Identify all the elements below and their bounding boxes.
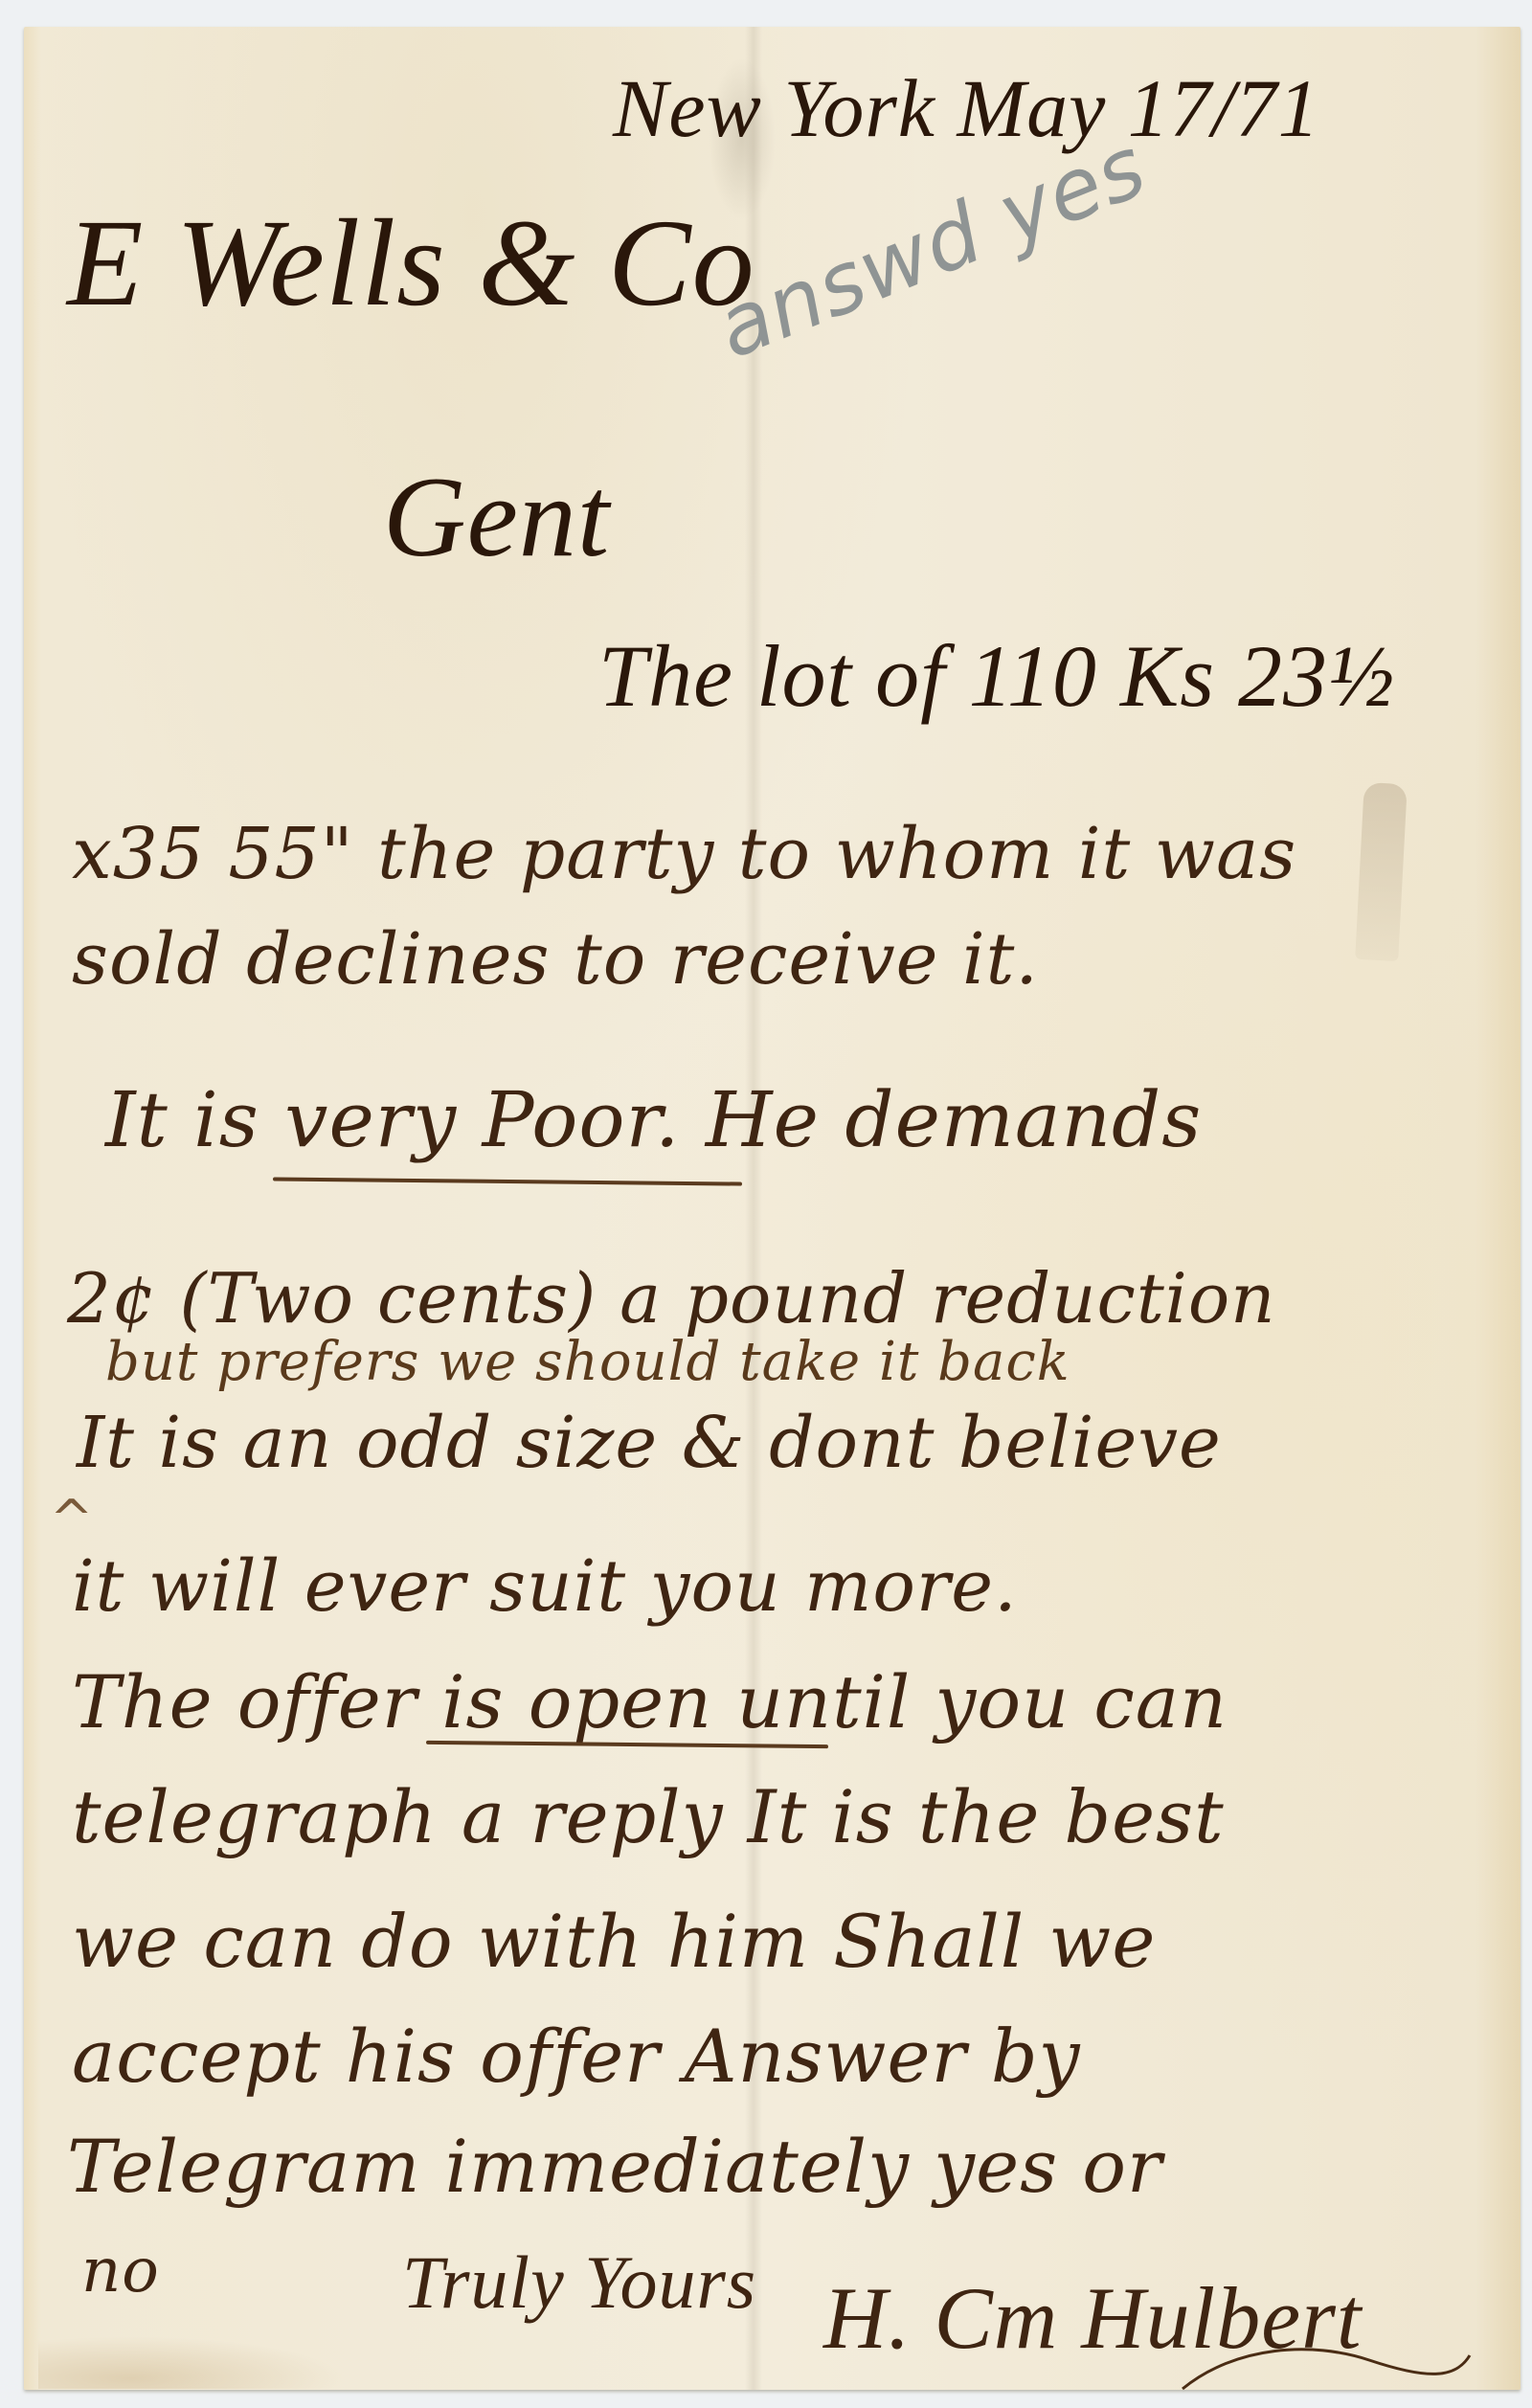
body-line-2: x35 55" the party to whom it was (72, 819, 1296, 889)
body-line-8: it will ever suit you more. (72, 1551, 1018, 1622)
closing: Truly Yours (402, 2245, 756, 2320)
body-line-10: telegraph a reply It is the best (72, 1781, 1225, 1854)
body-line-4: It is very Poor. He demands (105, 1082, 1202, 1159)
body-line-9: The offer is open until you can (72, 1666, 1228, 1739)
body-line-6-insertion: but prefers we should take it back (105, 1336, 1070, 1389)
body-line-7: It is an odd size & dont believe (77, 1407, 1222, 1478)
insertion-caret: ^ (50, 1489, 93, 1549)
body-line-11: we can do with him Shall we (72, 1905, 1156, 1978)
salutation: Gent (383, 460, 610, 574)
body-line-5: 2¢ (Two cents) a pound reduction (67, 1264, 1276, 1333)
addressee: E Wells & Co (67, 201, 755, 326)
dateline: New York May 17/71 (613, 67, 1320, 149)
body-line-12: accept his offer Answer by (72, 2020, 1081, 2093)
paper-stain (38, 2336, 345, 2389)
body-line-1: The lot of 110 Ks 23½ (598, 632, 1395, 720)
body-line-14: no (81, 2240, 160, 2302)
signature-flourish (1178, 2336, 1484, 2394)
body-line-3: sold declines to receive it. (72, 924, 1039, 995)
body-line-13: Telegram immediately yes or (67, 2130, 1162, 2203)
